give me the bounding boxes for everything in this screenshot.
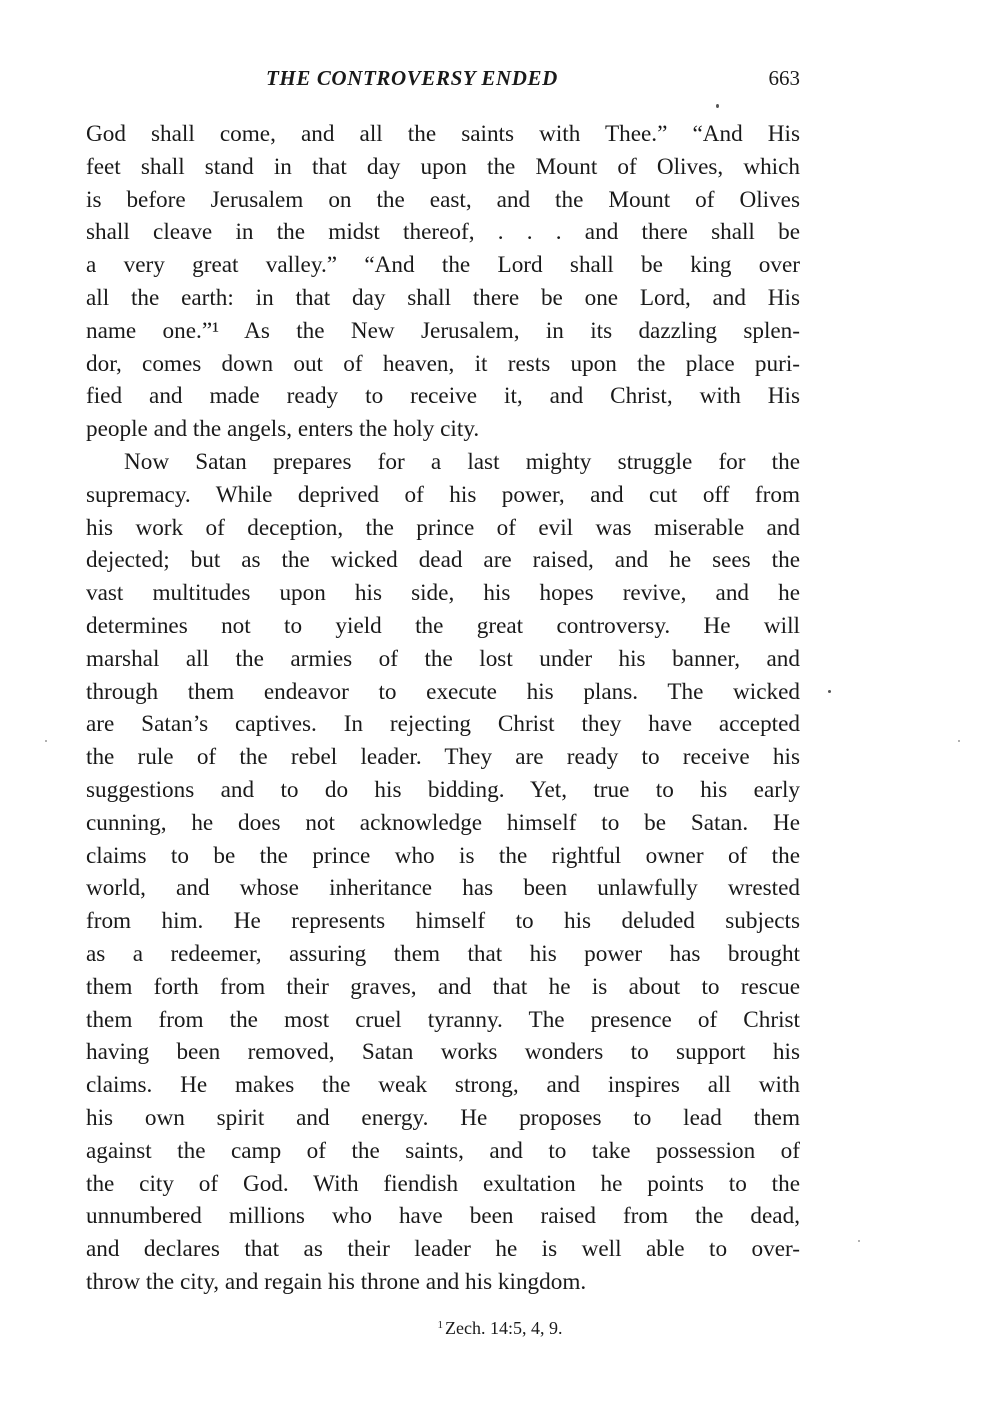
page-number: 663 xyxy=(769,66,801,91)
text-line: people and the angels, enters the holy c… xyxy=(86,413,800,446)
text-line: the city of God. With fiendish exultatio… xyxy=(86,1168,800,1201)
text-line: claims. He makes the weak strong, and in… xyxy=(86,1069,800,1102)
paragraph-2: Now Satan prepares for a last mighty str… xyxy=(86,446,800,1299)
text-line: feet shall stand in that day upon the Mo… xyxy=(86,151,800,184)
text-line: his work of deception, the prince of evi… xyxy=(86,512,800,545)
text-line: the rule of the rebel leader. They are r… xyxy=(86,741,800,774)
text-line: suggestions and to do his bidding. Yet, … xyxy=(86,774,800,807)
text-line: a very great valley.” “And the Lord shal… xyxy=(86,249,800,282)
text-line: throw the city, and regain his throne an… xyxy=(86,1266,800,1299)
footnote-marker: 1 xyxy=(438,1319,444,1331)
scan-speck xyxy=(858,1240,860,1242)
scan-speck xyxy=(828,690,831,693)
text-line: determines not to yield the great contro… xyxy=(86,610,800,643)
text-line: through them endeavor to execute his pla… xyxy=(86,676,800,709)
text-line: world, and whose inheritance has been un… xyxy=(86,872,800,905)
running-title: THE CONTROVERSY ENDED xyxy=(266,66,558,91)
text-line: marshal all the armies of the lost under… xyxy=(86,643,800,676)
text-line: from him. He represents himself to his d… xyxy=(86,905,800,938)
scan-speck xyxy=(716,104,719,108)
text-line: dejected; but as the wicked dead are rai… xyxy=(86,544,800,577)
text-line: cunning, he does not acknowledge himself… xyxy=(86,807,800,840)
text-line: vast multitudes upon his side, his hopes… xyxy=(86,577,800,610)
text-line: are Satan’s captives. In rejecting Chris… xyxy=(86,708,800,741)
text-line: fied and made ready to receive it, and C… xyxy=(86,380,800,413)
text-line: as a redeemer, assuring them that his po… xyxy=(86,938,800,971)
text-line: against the camp of the saints, and to t… xyxy=(86,1135,800,1168)
text-line: them forth from their graves, and that h… xyxy=(86,971,800,1004)
text-line: name one.”¹ As the New Jerusalem, in its… xyxy=(86,315,800,348)
text-line: claims to be the prince who is the right… xyxy=(86,840,800,873)
text-line: all the earth: in that day shall there b… xyxy=(86,282,800,315)
book-page: THE CONTROVERSY ENDED 663 God shall come… xyxy=(0,0,1000,1416)
body-text: God shall come, and all the saints with … xyxy=(86,118,800,1299)
footnote: 1Zech. 14:5, 4, 9. xyxy=(0,1318,1000,1339)
text-line: them from the most cruel tyranny. The pr… xyxy=(86,1004,800,1037)
page-header: THE CONTROVERSY ENDED 663 xyxy=(86,66,800,100)
paragraph-1: God shall come, and all the saints with … xyxy=(86,118,800,446)
text-line: and declares that as their leader he is … xyxy=(86,1233,800,1266)
text-line: dor, comes down out of heaven, it rests … xyxy=(86,348,800,381)
text-line: unnumbered millions who have been raised… xyxy=(86,1200,800,1233)
footnote-text: Zech. 14:5, 4, 9. xyxy=(445,1318,562,1338)
scan-speck xyxy=(958,740,960,742)
text-line: God shall come, and all the saints with … xyxy=(86,118,800,151)
text-line: is before Jerusalem on the east, and the… xyxy=(86,184,800,217)
text-line: supremacy. While deprived of his power, … xyxy=(86,479,800,512)
scan-speck xyxy=(45,740,47,742)
text-line: shall cleave in the midst thereof, . . .… xyxy=(86,216,800,249)
text-line: Now Satan prepares for a last mighty str… xyxy=(86,446,800,479)
text-line: his own spirit and energy. He proposes t… xyxy=(86,1102,800,1135)
text-line: having been removed, Satan works wonders… xyxy=(86,1036,800,1069)
